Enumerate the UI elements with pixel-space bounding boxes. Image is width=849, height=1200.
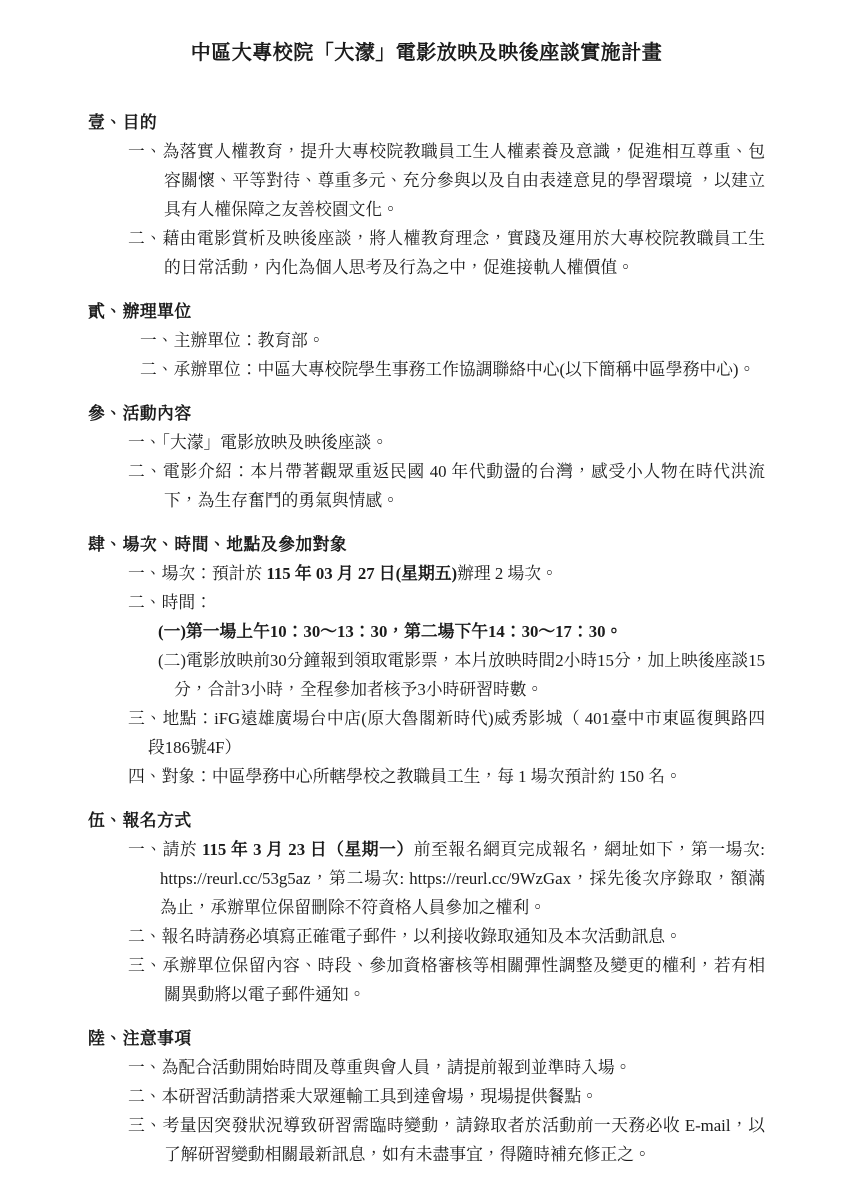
section-heading: 壹、目的 xyxy=(88,108,765,137)
list-item: 一、為落實人權教育，提升大專校院教職員工生人權素養及意識，促進相互尊重、包容關懷… xyxy=(88,137,765,224)
section-notes: 陸、注意事項 一、為配合活動開始時間及尊重與會人員，請提前報到並準時入場。 二、… xyxy=(88,1024,765,1169)
section-registration: 伍、報名方式 一、請於 115 年 3 月 23 日（星期一）前至報名網頁完成報… xyxy=(88,806,765,1009)
section-sessions-time-place: 肆、場次、時間、地點及參加對象 一、場次：預計於 115 年 03 月 27 日… xyxy=(88,530,765,791)
sub-list-item: (一)第一場上午10：30～13：30，第二場下午14：30～17：30。 xyxy=(88,617,765,646)
item-text: 辦理 2 場次。 xyxy=(457,564,558,583)
list-item: 二、本研習活動請搭乘大眾運輸工具到達會場，現場提供餐點。 xyxy=(88,1082,765,1111)
item-text: 一、場次：預計於 xyxy=(128,564,266,583)
section-heading: 陸、注意事項 xyxy=(88,1024,765,1053)
item-bold-date: 115 年 03 月 27 日(星期五) xyxy=(266,564,457,583)
document-page: 中區大專校院「大濛」電影放映及映後座談實施計畫 壹、目的 一、為落實人權教育，提… xyxy=(0,0,849,1200)
document-title: 中區大專校院「大濛」電影放映及映後座談實施計畫 xyxy=(88,40,765,66)
item-text: 一、請於 xyxy=(128,840,202,859)
list-item: 一、為配合活動開始時間及尊重與會人員，請提前報到並準時入場。 xyxy=(88,1053,765,1082)
section-heading: 肆、場次、時間、地點及參加對象 xyxy=(88,530,765,559)
list-item: 二、報名時請務必填寫正確電子郵件，以利接收錄取通知及本次活動訊息。 xyxy=(88,922,765,951)
list-item: 三、承辦單位保留內容、時段、參加資格審核等相關彈性調整及變更的權利，若有相關異動… xyxy=(88,951,765,1009)
list-item: 二、時間： xyxy=(88,588,765,617)
list-item: 一、「大濛」電影放映及映後座談。 xyxy=(88,428,765,457)
section-activity-content: 參、活動內容 一、「大濛」電影放映及映後座談。 二、電影介紹：本片帶著觀眾重返民… xyxy=(88,399,765,515)
section-heading: 貳、辦理單位 xyxy=(88,297,765,326)
list-item: 二、電影介紹：本片帶著觀眾重返民國 40 年代動盪的台灣，感受小人物在時代洪流下… xyxy=(88,457,765,515)
list-item: 一、主辦單位：教育部。 xyxy=(88,326,765,355)
list-item: 二、藉由電影賞析及映後座談，將人權教育理念，實踐及運用於大專校院教職員工生的日常… xyxy=(88,224,765,282)
list-item-signup: 一、請於 115 年 3 月 23 日（星期一）前至報名網頁完成報名，網址如下，… xyxy=(88,835,765,922)
list-item: 三、考量因突發狀況導致研習需臨時變動，請錄取者於活動前一天務必收 E-mail，… xyxy=(88,1111,765,1169)
section-heading: 伍、報名方式 xyxy=(88,806,765,835)
section-purpose: 壹、目的 一、為落實人權教育，提升大專校院教職員工生人權素養及意識，促進相互尊重… xyxy=(88,108,765,282)
sub-list-item: (二)電影放映前30分鐘報到領取電影票，本片放映時間2小時15分，加上映後座談1… xyxy=(88,646,765,704)
list-item-location: 三、地點：iFG遠雄廣場台中店(原大魯閣新時代)威秀影城（ 401臺中市東區復興… xyxy=(88,704,765,762)
item-bold-date: 115 年 3 月 23 日（星期一） xyxy=(202,840,414,859)
section-organizers: 貳、辦理單位 一、主辦單位：教育部。 二、承辦單位：中區大專校院學生事務工作協調… xyxy=(88,297,765,384)
list-item: 二、承辦單位：中區大專校院學生事務工作協調聯絡中心(以下簡稱中區學務中心)。 xyxy=(88,355,765,384)
list-item: 四、對象：中區學務中心所轄學校之教職員工生，每 1 場次預計約 150 名。 xyxy=(88,762,765,791)
list-item: 一、場次：預計於 115 年 03 月 27 日(星期五)辦理 2 場次。 xyxy=(88,559,765,588)
section-heading: 參、活動內容 xyxy=(88,399,765,428)
